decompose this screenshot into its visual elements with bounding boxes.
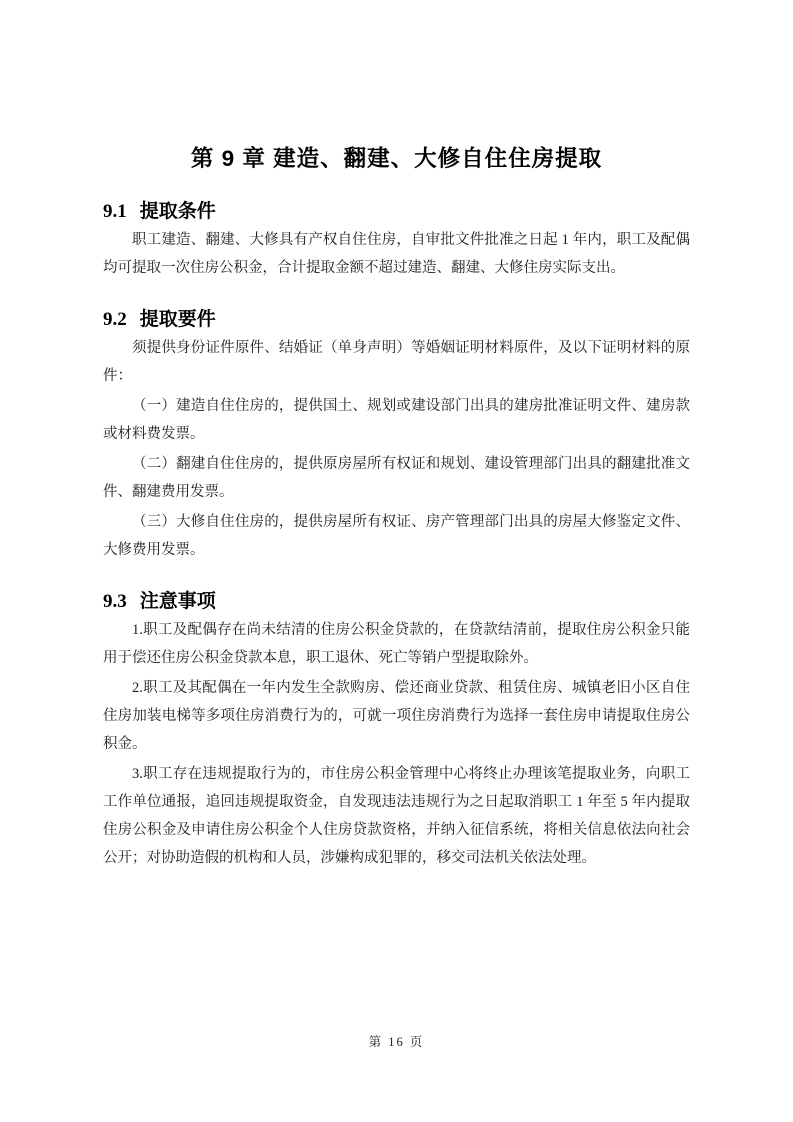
section-heading-9-3: 9.3注意事项 xyxy=(103,590,690,614)
paragraph: 职工建造、翻建、大修具有产权自住住房，自审批文件批准之日起 1 年内，职工及配偶… xyxy=(103,226,690,282)
list-item-3: （三）大修自住住房的，提供房屋所有权证、房产管理部门出具的房屋大修鉴定文件、大修… xyxy=(103,508,690,564)
section-notes: 9.3注意事项 1.职工及配偶存在尚未结清的住房公积金贷款的，在贷款结清前，提取… xyxy=(103,590,690,872)
note-item-3: 3.职工存在违规提取行为的，市住房公积金管理中心将终止办理该笔提取业务，向职工工… xyxy=(103,760,690,872)
list-item-1: （一）建造自住住房的，提供国土、规划或建设部门出具的建房批准证明文件、建房款或材… xyxy=(103,392,690,448)
page-content: 第 9 章 建造、翻建、大修自住住房提取 9.1提取条件 职工建造、翻建、大修具… xyxy=(0,0,793,872)
note-item-1: 1.职工及配偶存在尚未结清的住房公积金贷款的，在贷款结清前，提取住房公积金只能用… xyxy=(103,616,690,672)
section-number: 9.1 xyxy=(103,201,127,222)
chapter-title: 第 9 章 建造、翻建、大修自住住房提取 xyxy=(103,144,690,174)
note-item-2: 2.职工及其配偶在一年内发生全款购房、偿还商业贷款、租赁住房、城镇老旧小区自住住… xyxy=(103,674,690,758)
list-item-2: （二）翻建自住住房的，提供原房屋所有权证和规划、建设管理部门出具的翻建批准文件、… xyxy=(103,450,690,506)
section-extraction-requirements: 9.2提取要件 须提供身份证件原件、结婚证（单身声明）等婚姻证明材料原件，及以下… xyxy=(103,308,690,564)
section-extraction-conditions: 9.1提取条件 职工建造、翻建、大修具有产权自住住房，自审批文件批准之日起 1 … xyxy=(103,200,690,282)
section-heading-label: 注意事项 xyxy=(140,591,216,612)
section-heading-9-2: 9.2提取要件 xyxy=(103,308,690,332)
section-heading-label: 提取条件 xyxy=(140,201,216,222)
section-number: 9.3 xyxy=(103,591,127,612)
section-heading-9-1: 9.1提取条件 xyxy=(103,200,690,224)
page-number: 第 16 页 xyxy=(369,1035,425,1049)
section-heading-label: 提取要件 xyxy=(140,309,216,330)
page-footer: 第 16 页 xyxy=(0,1033,793,1051)
section-number: 9.2 xyxy=(103,309,127,330)
paragraph: 须提供身份证件原件、结婚证（单身声明）等婚姻证明材料原件，及以下证明材料的原件： xyxy=(103,334,690,390)
document-page: 第 9 章 建造、翻建、大修自住住房提取 9.1提取条件 职工建造、翻建、大修具… xyxy=(0,0,793,1122)
